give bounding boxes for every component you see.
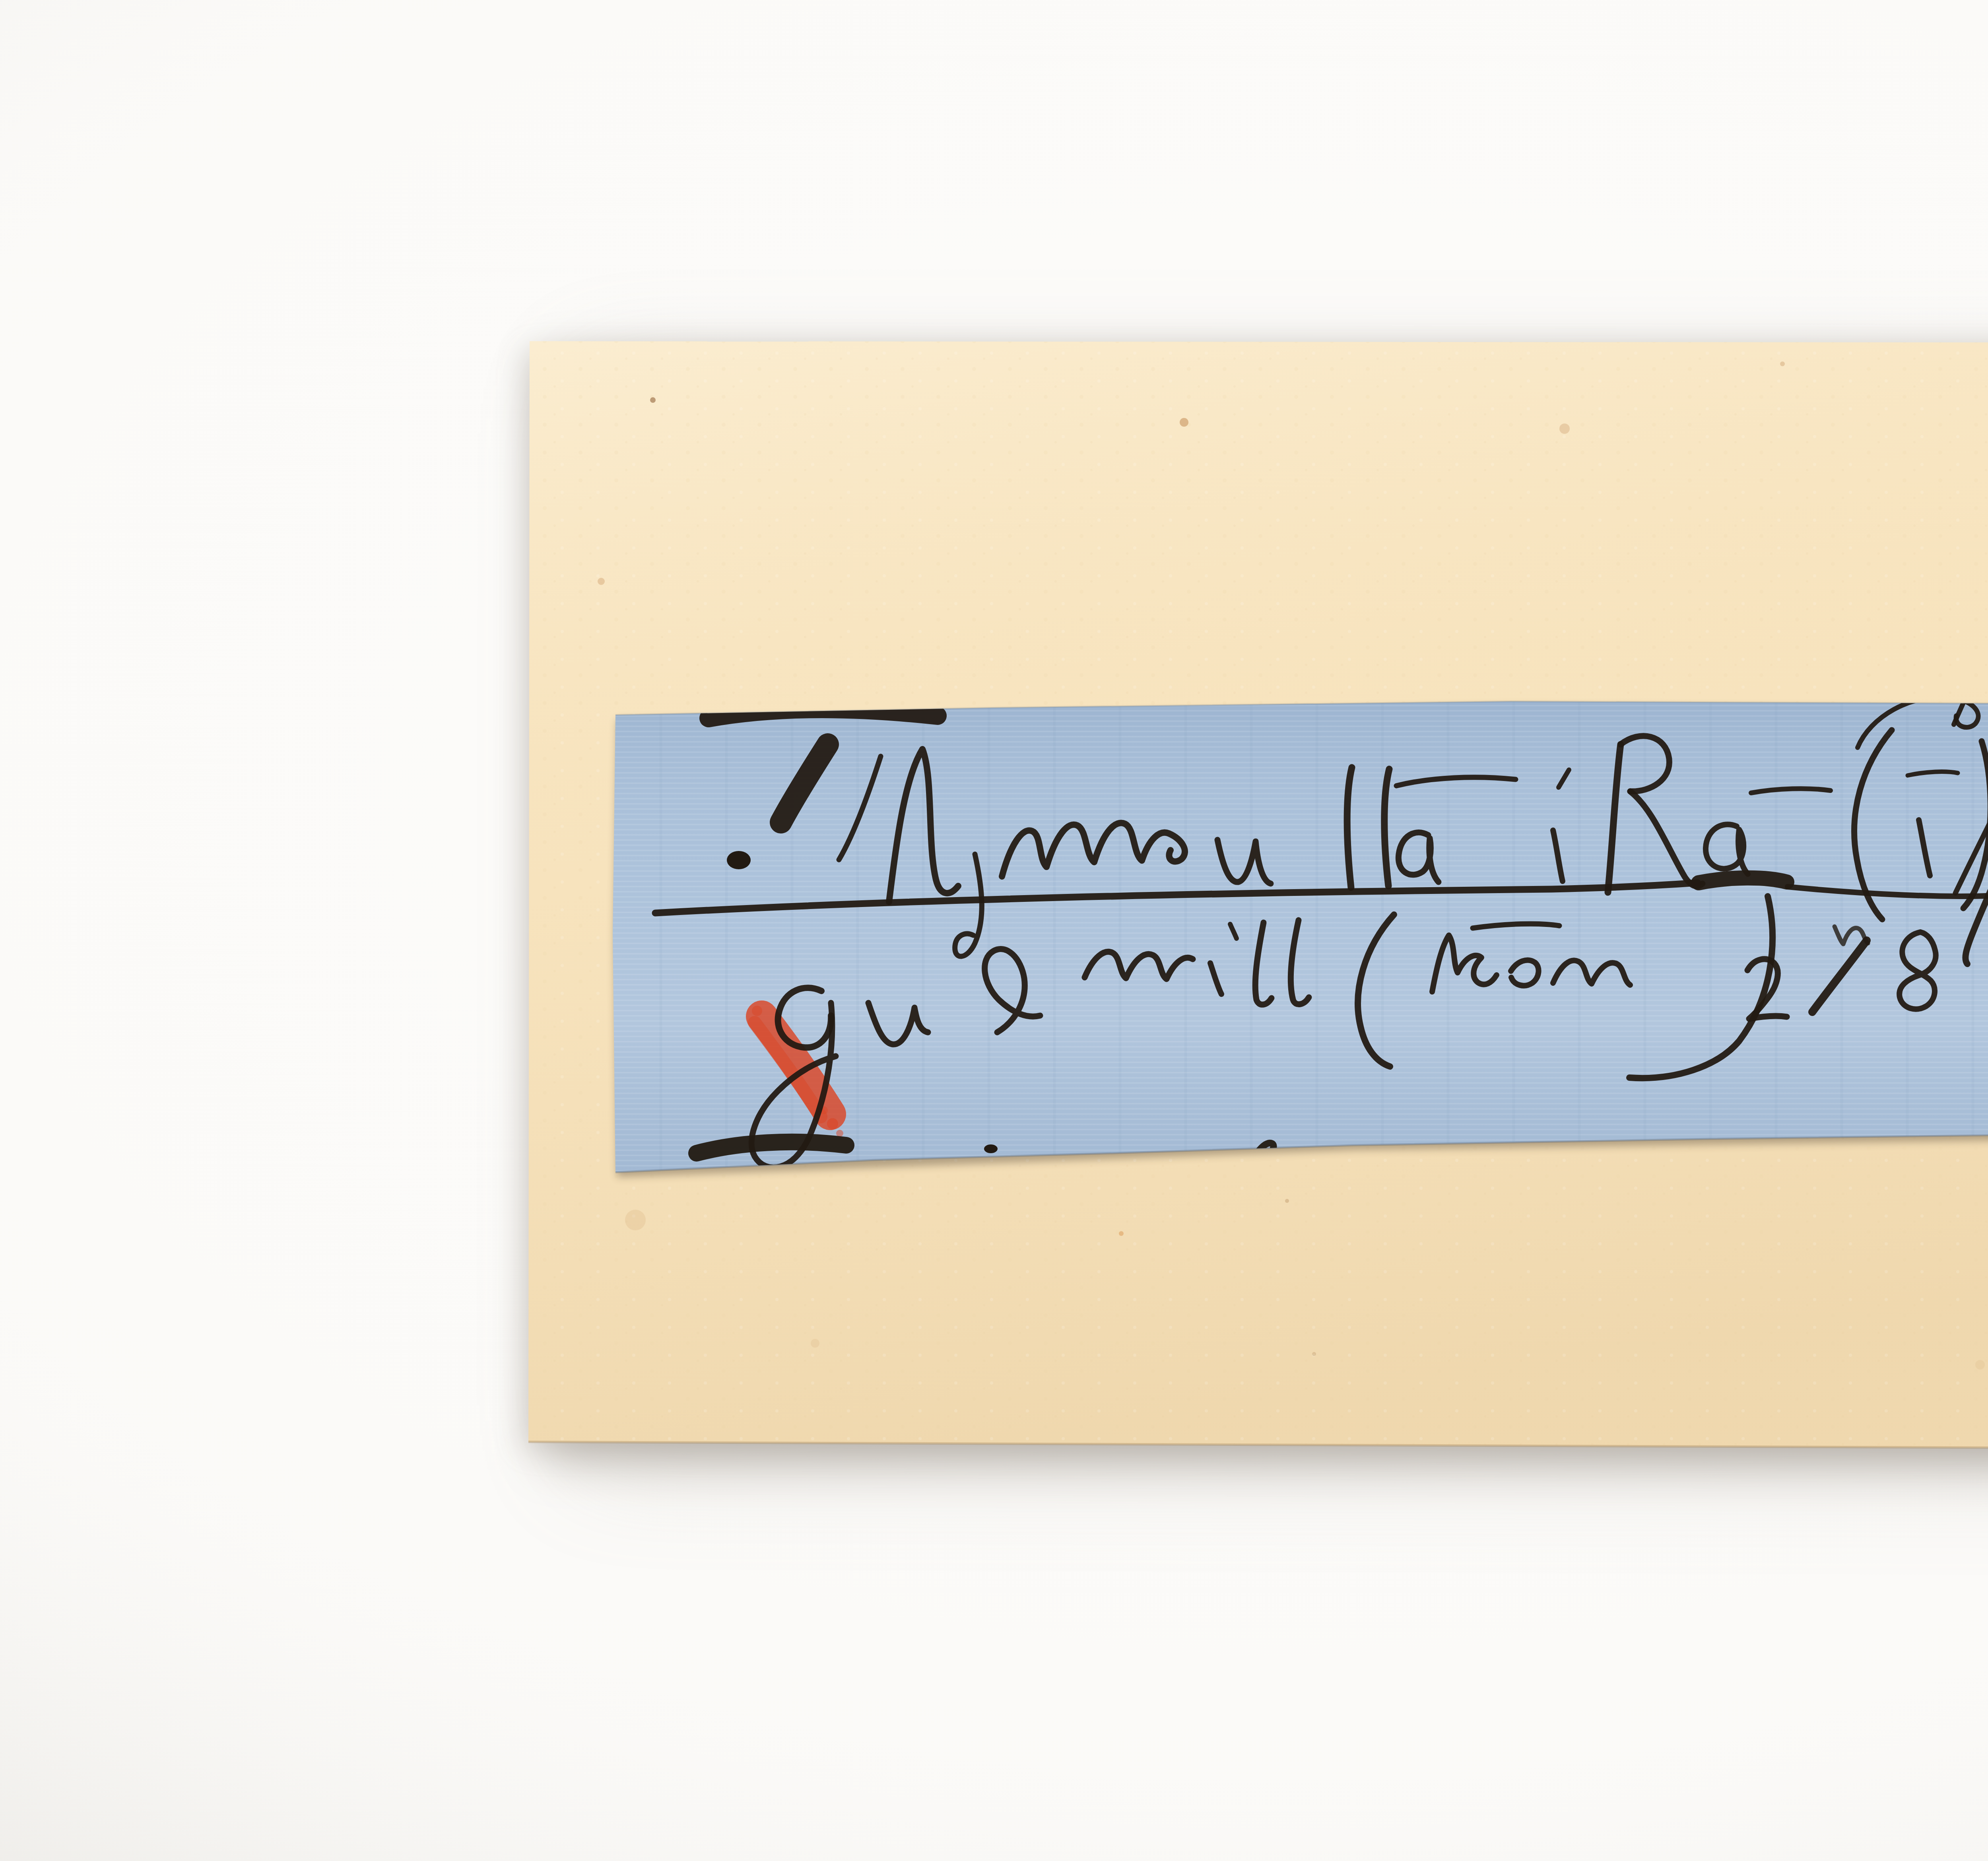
- photo: [0, 0, 1988, 1861]
- photo-stage: ! hümmslla ā i Rō (ī) ſſw gv & miss (kēm…: [0, 0, 1988, 1861]
- ink-speck-bottom-edge: [984, 1144, 998, 1153]
- underline-blob: [1699, 878, 1787, 883]
- exclamation-dot: [727, 851, 751, 869]
